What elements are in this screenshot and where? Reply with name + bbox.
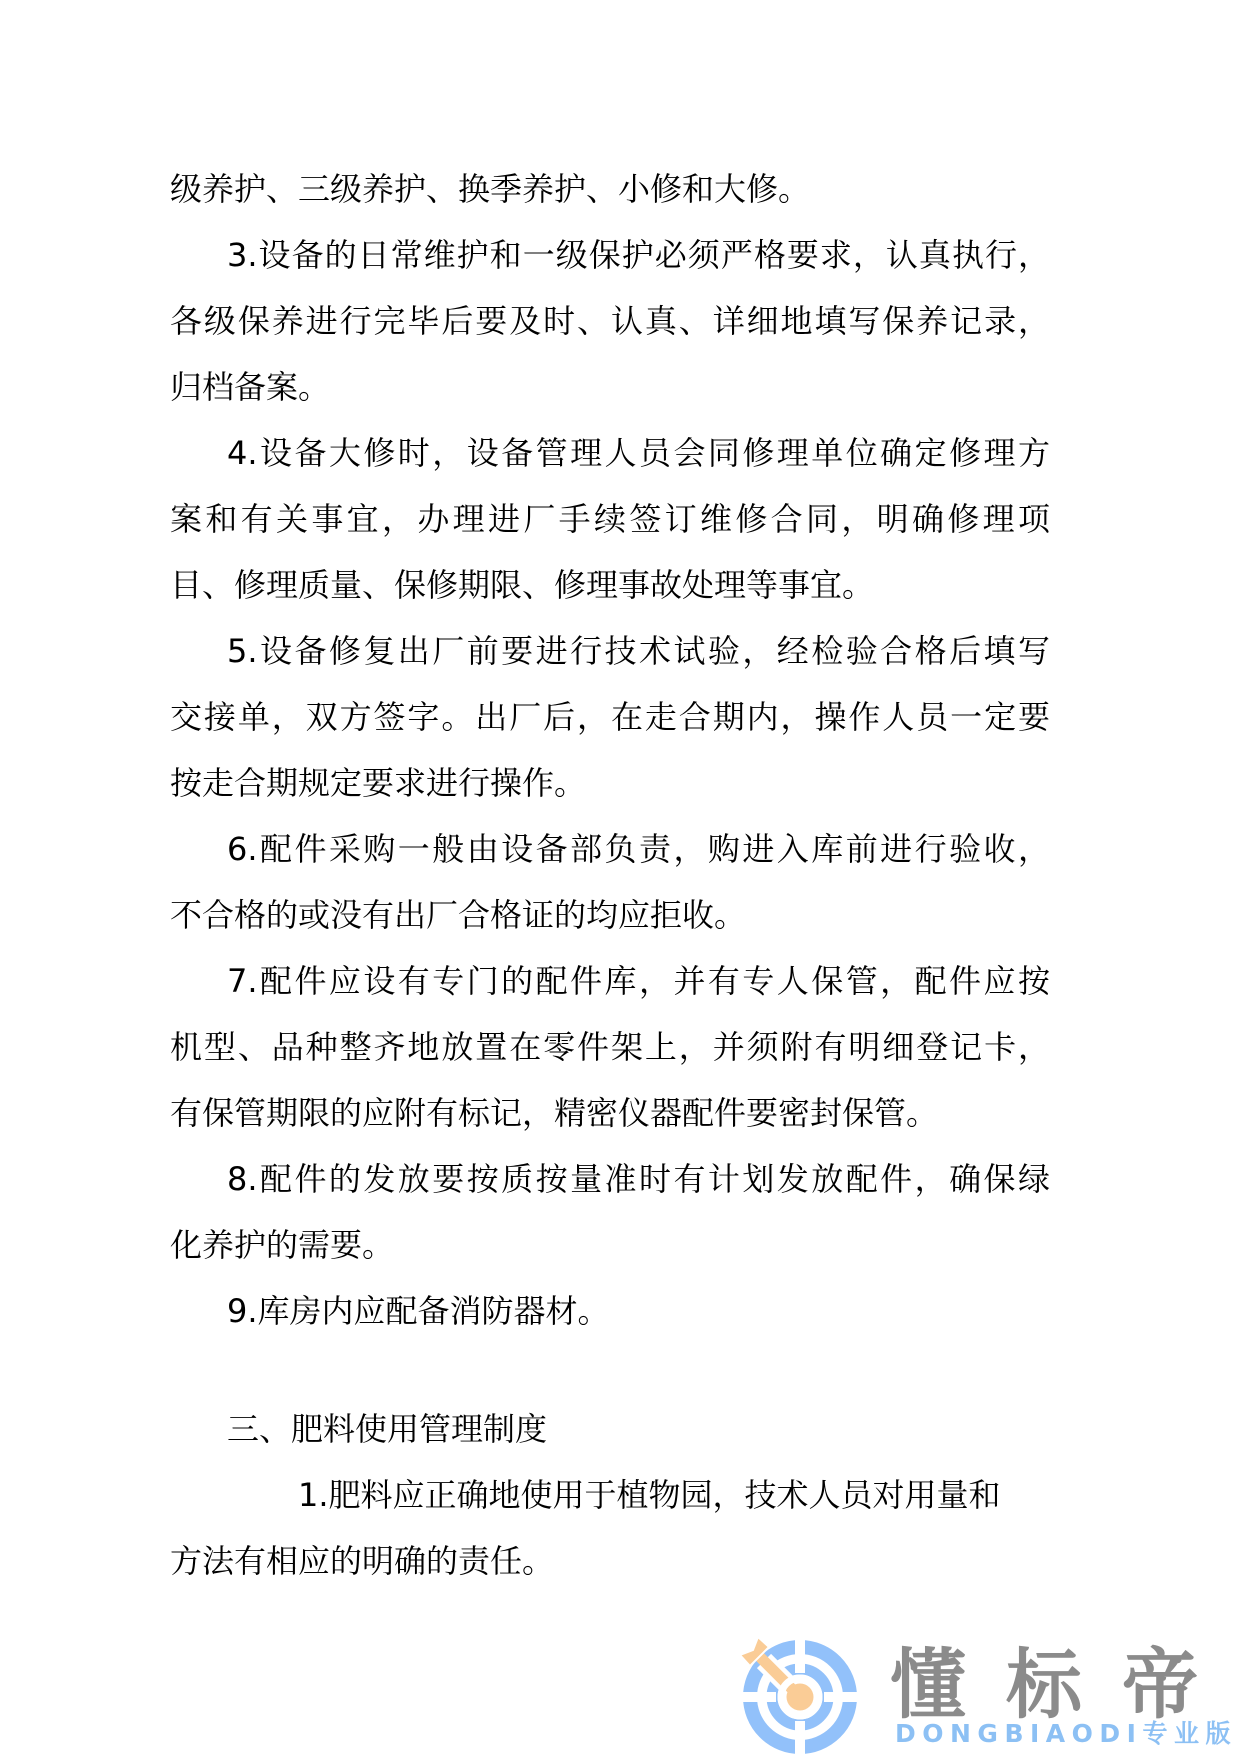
document-line: 交接单，双方签字。出厂后，在走合期内，操作人员一定要 [170,684,1050,750]
watermark-brand-text: 懂标帝 [890,1647,1238,1723]
watermark-logo: 懂标帝 DONGBIAODI专业版 [740,1637,1241,1754]
watermark-tagline: DONGBIAODI专业版 [895,1721,1237,1746]
document-line: 方法有相应的明确的责任。 [170,1528,1050,1594]
document-line: 6.配件采购一般由设备部负责，购进入库前进行验收， [170,816,1050,882]
document-line: 机型、品种整齐地放置在零件架上，并须附有明细登记卡， [170,1014,1050,1080]
section-heading: 三、肥料使用管理制度 [170,1396,1050,1462]
document-line: 不合格的或没有出厂合格证的均应拒收。 [170,882,1050,948]
document-line: 有保管期限的应附有标记，精密仪器配件要密封保管。 [170,1080,1050,1146]
document-line: 5.设备修复出厂前要进行技术试验，经检验合格后填写 [170,618,1050,684]
document-line: 案和有关事宜，办理进厂手续签订维修合同，明确修理项 [170,486,1050,552]
document-line: 4.设备大修时，设备管理人员会同修理单位确定修理方 [170,420,1050,486]
document-line: 1.肥料应正确地使用于植物园，技术人员对用量和 [170,1462,1050,1528]
document-line: 7.配件应设有专门的配件库，并有专人保管，配件应按 [170,948,1050,1014]
document-line: 级养护、三级养护、换季养护、小修和大修。 [170,156,1050,222]
document-line: 各级保养进行完毕后要及时、认真、详细地填写保养记录， [170,288,1050,354]
document-line: 9.库房内应配备消防器材。 [170,1278,1050,1344]
document-line: 3.设备的日常维护和一级保护必须严格要求，认真执行， [170,222,1050,288]
target-dart-icon [740,1637,860,1754]
document-line: 目、修理质量、保修期限、修理事故处理等事宜。 [170,552,1050,618]
document-line: 8.配件的发放要按质按量准时有计划发放配件，确保绿 [170,1146,1050,1212]
document-line: 归档备案。 [170,354,1050,420]
document-page: 级养护、三级养护、换季养护、小修和大修。 3.设备的日常维护和一级保护必须严格要… [0,0,1241,1754]
document-line: 化养护的需要。 [170,1212,1050,1278]
document-line: 按走合期规定要求进行操作。 [170,750,1050,816]
document-body: 级养护、三级养护、换季养护、小修和大修。 3.设备的日常维护和一级保护必须严格要… [170,156,1050,1594]
